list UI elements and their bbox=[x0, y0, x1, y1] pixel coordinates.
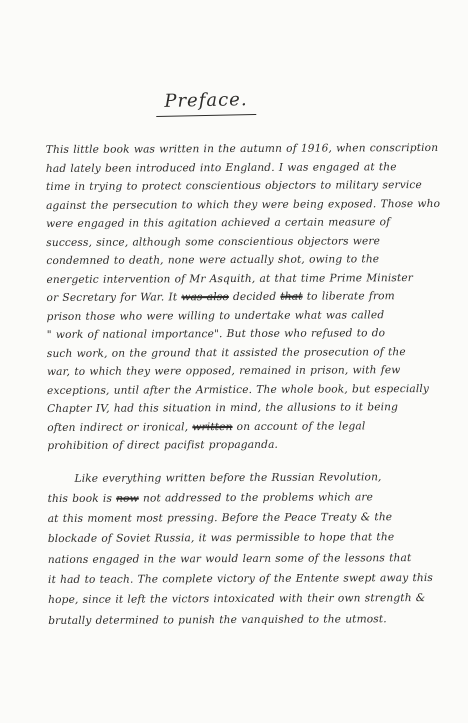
manuscript-line: exceptions, until after the Armistice. T… bbox=[47, 380, 429, 400]
manuscript-line: hope, since it left the victors intoxica… bbox=[48, 588, 430, 610]
manuscript-line: were engaged in this agitation achieved … bbox=[46, 213, 428, 233]
manuscript-line: Chapter IV, had this situation in mind, … bbox=[47, 398, 429, 418]
manuscript-line: condemned to death, none were actually s… bbox=[46, 250, 428, 270]
manuscript-line: prohibition of direct pacifist propagand… bbox=[47, 435, 429, 455]
manuscript-line: against the persecution to which they we… bbox=[46, 195, 428, 215]
manuscript-line: This little book was written in the autu… bbox=[46, 139, 428, 159]
paragraph: Like everything written before the Russi… bbox=[47, 466, 430, 630]
manuscript-line: energetic intervention of Mr Asquith, at… bbox=[46, 269, 428, 289]
manuscript-line: often indirect or ironical, written on a… bbox=[47, 416, 429, 436]
manuscript-line: success, since, although some conscienti… bbox=[46, 232, 428, 252]
manuscript-line: such work, on the ground that it assiste… bbox=[47, 343, 429, 363]
manuscript-line: at this moment most pressing. Before the… bbox=[48, 507, 430, 529]
title-block: Preface. bbox=[0, 85, 440, 121]
paragraph: This little book was written in the autu… bbox=[46, 139, 430, 455]
struck-word: was also bbox=[181, 291, 229, 303]
manuscript-line: " work of national importance". But thos… bbox=[47, 324, 429, 344]
manuscript-line: had lately been introduced into England.… bbox=[46, 158, 428, 178]
manuscript-line: it had to teach. The complete victory of… bbox=[48, 568, 430, 590]
manuscript-line: blockade of Soviet Russia, it was permis… bbox=[48, 527, 430, 549]
manuscript-line: prison those who were willing to underta… bbox=[47, 306, 429, 326]
struck-word: now bbox=[116, 492, 139, 504]
page-title: Preface. bbox=[156, 89, 256, 117]
manuscript-line: Like everything written before the Russi… bbox=[47, 466, 429, 488]
manuscript-line: brutally determined to punish the vanqui… bbox=[48, 609, 430, 631]
manuscript-page: Preface. This little book was written in… bbox=[0, 0, 468, 723]
struck-word: written bbox=[192, 421, 232, 433]
manuscript-body: This little book was written in the autu… bbox=[46, 139, 431, 631]
manuscript-line: time in trying to protect conscientious … bbox=[46, 176, 428, 196]
struck-word: that bbox=[280, 291, 302, 303]
manuscript-line: or Secretary for War. It was also decide… bbox=[46, 287, 428, 307]
manuscript-line: this book is now not addressed to the pr… bbox=[48, 487, 430, 509]
manuscript-line: war, to which they were opposed, remaine… bbox=[47, 361, 429, 381]
manuscript-line: nations engaged in the war would learn s… bbox=[48, 548, 430, 570]
